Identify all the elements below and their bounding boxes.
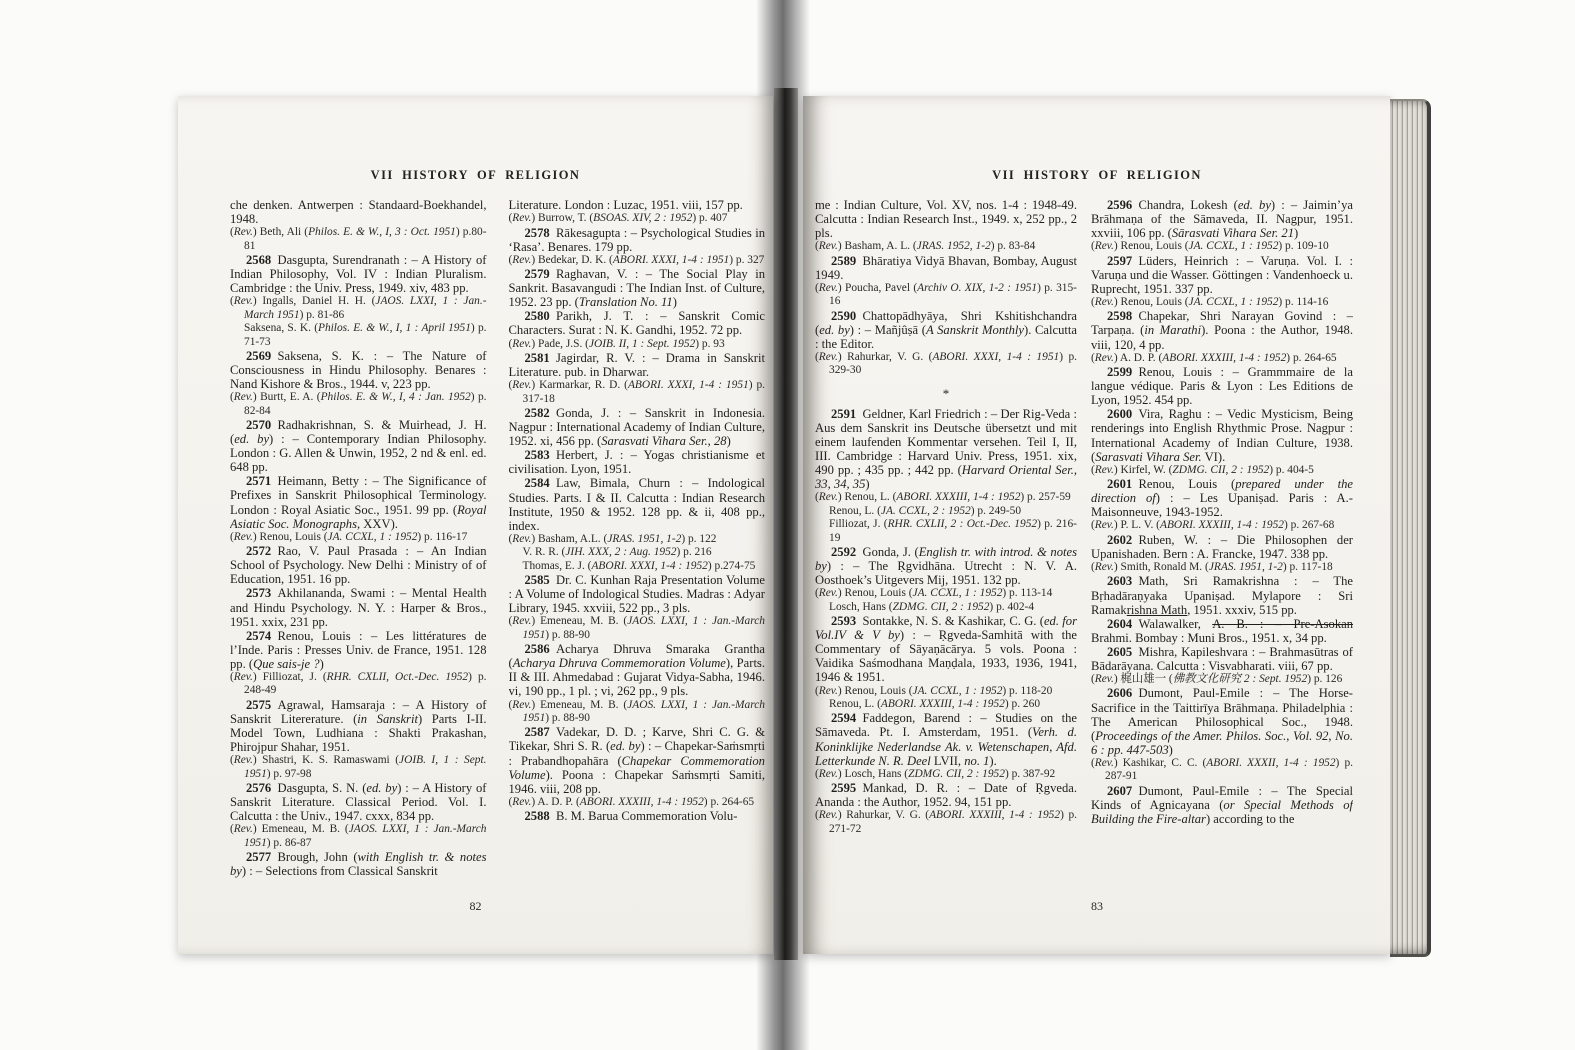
review-citation: (Rev.) Renou, L. (ABORI. XXXIII, 1-4 : 1… [815, 491, 1077, 504]
bib-entry: 2578 Rākesagupta : – Psychological Studi… [509, 226, 766, 254]
review-citation-sub: Renou, L. (JA. CCXL, 2 : 1952) p. 249-50 [815, 505, 1077, 518]
page-number: 83 [803, 899, 1391, 914]
bib-entry: 2607 Dumont, Paul-Emile : – The Special … [1091, 784, 1353, 826]
right-page: VII HISTORY OF RELIGION me : Indian Cult… [803, 96, 1391, 954]
bib-entry: 2586 Acharya Dhruva Smaraka Grantha (Ach… [509, 642, 766, 698]
left-page: VII HISTORY OF RELIGION che denken. Antw… [178, 96, 773, 954]
entry-number: 2606 [1107, 686, 1132, 700]
review-citation: (Rev.) Burtt, E. A. (Philos. E. & W., I,… [230, 391, 487, 418]
review-citation: (Rev.) Losch, Hans (ZDMG. CII, 2 : 1952)… [815, 768, 1077, 781]
entry-number: 2585 [525, 573, 550, 587]
entry-number: 2577 [246, 850, 271, 864]
review-citation: (Rev.) Rahurkar, V. G. (ABORI. XXXIII, 1… [815, 809, 1077, 836]
text-column: 2596 Chandra, Lokesh (ed. by) : – Jaimin… [1091, 198, 1353, 912]
bib-entry: 2592 Gonda, J. (English tr. with introd.… [815, 545, 1077, 587]
bib-entry: 2573 Akhilananda, Swami : – Mental Healt… [230, 586, 487, 628]
review-citation: (Rev.) Shastri, K. S. Ramaswami (JOIB. I… [230, 754, 487, 781]
bib-entry: 2606 Dumont, Paul-Emile : – The Horse-Sa… [1091, 686, 1353, 756]
review-citation: (Rev.) Ingalls, Daniel H. H. (JAOS. LXXI… [230, 295, 487, 322]
bib-entry: 2596 Chandra, Lokesh (ed. by) : – Jaimin… [1091, 198, 1353, 240]
entry-number: 2582 [525, 406, 550, 420]
entry-number: 2583 [525, 448, 550, 462]
entry-continuation: me : Indian Culture, Vol. XV, nos. 1-4 :… [815, 198, 1077, 240]
entry-number: 2594 [831, 711, 856, 725]
bib-entry: 2572 Rao, V. Paul Prasada : – An Indian … [230, 544, 487, 586]
bib-entry: 2575 Agrawal, Hamsaraja : – A History of… [230, 698, 487, 754]
review-citation: (Rev.) Beth, Ali (Philos. E. & W., I, 3 … [230, 226, 487, 253]
bib-entry: 2588 B. M. Barua Commemoration Volu- [509, 809, 766, 823]
review-citation: (Rev.) Renou, Louis (JA. CCXL, 1 : 1952)… [1091, 296, 1353, 309]
entry-number: 2593 [831, 614, 856, 628]
entry-number: 2595 [831, 781, 856, 795]
bib-entry: 2580 Parikh, J. T. : – Sanskrit Comic Ch… [509, 309, 766, 337]
entry-number: 2581 [525, 351, 550, 365]
bib-entry: 2601 Renou, Louis (prepared under the di… [1091, 477, 1353, 519]
entry-number: 2580 [525, 309, 550, 323]
bib-entry: 2576 Dasgupta, S. N. (ed. by) : – A Hist… [230, 781, 487, 823]
text-column: me : Indian Culture, Vol. XV, nos. 1-4 :… [815, 198, 1077, 912]
entry-number: 2600 [1107, 407, 1132, 421]
review-citation-sub: V. R. R. (JIH. XXX, 2 : Aug. 1952) p. 21… [509, 546, 766, 559]
review-citation: (Rev.) Kashikar, C. C. (ABORI. XXXII, 1-… [1091, 757, 1353, 784]
entry-number: 2570 [246, 418, 271, 432]
bib-entry: 2604 Walawalker, A. B. : – Pre-Asokan Br… [1091, 617, 1353, 645]
bib-entry: 2597 Lüders, Heinrich : – Varuṇa. Vol. I… [1091, 254, 1353, 296]
review-citation: (Rev.) Basham, A.L. (JRAS. 1951, 1-2) p.… [509, 533, 766, 546]
bib-entry: 2599 Renou, Louis : – Grammmaire de la l… [1091, 365, 1353, 407]
review-citation-sub: Filliozat, J. (RHR. CXLII, 2 : Oct.-Dec.… [815, 518, 1077, 545]
entry-number: 2572 [246, 544, 271, 558]
review-citation-sub: Thomas, E. J. (ABORI. XXXI, 1-4 : 1952) … [509, 560, 766, 573]
entry-number: 2596 [1107, 198, 1132, 212]
entry-number: 2602 [1107, 533, 1132, 547]
review-citation: (Rev.) Emeneau, M. B. (JAOS. LXXI, 1 : J… [230, 823, 487, 850]
bib-entry: 2584 Law, Bimala, Churn : – Indological … [509, 476, 766, 532]
entry-number: 2592 [831, 545, 856, 559]
text-columns: me : Indian Culture, Vol. XV, nos. 1-4 :… [803, 198, 1391, 912]
entry-number: 2573 [246, 586, 271, 600]
bib-entry: 2589 Bhāratiya Vidyā Bhavan, Bombay, Aug… [815, 254, 1077, 282]
entry-number: 2591 [831, 407, 856, 421]
review-citation: (Rev.) Filliozat, J. (RHR. CXLII, Oct.-D… [230, 671, 487, 698]
entry-number: 2588 [525, 809, 550, 823]
entry-number: 2575 [246, 698, 271, 712]
entry-number: 2590 [831, 309, 856, 323]
page-number: 82 [178, 899, 773, 914]
bib-entry: 2603 Math, Sri Ramakrishna : – The Bṛhad… [1091, 574, 1353, 616]
entry-number: 2574 [246, 629, 271, 643]
bib-entry: 2582 Gonda, J. : – Sanskrit in Indonesia… [509, 406, 766, 448]
review-citation: (Rev.) Smith, Ronald M. (JRAS. 1951, 1-2… [1091, 561, 1353, 574]
review-citation: (Rev.) Renou, Louis (JA. CCXL, 1 : 1952)… [1091, 240, 1353, 253]
review-citation: (Rev.) A. D. P. (ABORI. XXXIII, 1-4 : 19… [1091, 352, 1353, 365]
section-separator: * [815, 387, 1077, 400]
entry-number: 2587 [525, 725, 550, 739]
text-columns: che denken. Antwerpen : Standaard-Boekha… [178, 198, 773, 912]
entry-continuation: Literature. London : Luzac, 1951. viii, … [509, 198, 766, 212]
entry-number: 2604 [1107, 617, 1132, 631]
running-header: VII HISTORY OF RELIGION [178, 96, 773, 183]
review-citation: (Rev.) Basham, A. L. (JRAS. 1952, 1-2) p… [815, 240, 1077, 253]
review-citation: (Rev.) Rahurkar, V. G. (ABORI. XXXI, 1-4… [815, 351, 1077, 378]
bib-entry: 2574 Renou, Louis : – Les littératures d… [230, 629, 487, 671]
bib-entry: 2571 Heimann, Betty : – The Significance… [230, 474, 487, 530]
entry-number: 2586 [525, 642, 550, 656]
review-citation: (Rev.) 梶山雄一 (佛教文化研究 2 : Sept. 1952) p. 1… [1091, 673, 1353, 686]
review-citation: (Rev.) Renou, Louis (JA. CCXL, 1 : 1952)… [815, 587, 1077, 600]
review-citation: (Rev.) Burrow, T. (BSOAS. XIV, 2 : 1952)… [509, 212, 766, 225]
entry-number: 2605 [1107, 645, 1132, 659]
entry-number: 2607 [1107, 784, 1132, 798]
bib-entry: 2598 Chapekar, Shri Narayan Govind : – T… [1091, 309, 1353, 351]
review-citation: (Rev.) Karmarkar, R. D. (ABORI. XXXI, 1-… [509, 379, 766, 406]
bib-entry: 2568 Dasgupta, Surendranath : – A Histor… [230, 253, 487, 295]
bib-entry: 2577 Brough, John (with English tr. & no… [230, 850, 487, 878]
entry-number: 2576 [246, 781, 271, 795]
review-citation: (Rev.) P. L. V. (ABORI. XXXIII, 1-4 : 19… [1091, 519, 1353, 532]
bib-entry: 2590 Chattopādhyāya, Shri Kshitishchandr… [815, 309, 1077, 351]
entry-number: 2579 [525, 267, 550, 281]
entry-number: 2601 [1107, 477, 1132, 491]
bib-entry: 2579 Raghavan, V. : – The Social Play in… [509, 267, 766, 309]
review-citation: (Rev.) Poucha, Pavel (Archiv O. XIX, 1-2… [815, 282, 1077, 309]
page-edges [1390, 99, 1431, 957]
bib-entry: 2595 Mankad, D. R. : – Date of Ṛgveda. A… [815, 781, 1077, 809]
bib-entry: 2602 Ruben, W. : – Die Philosophen der U… [1091, 533, 1353, 561]
bib-entry: 2594 Faddegon, Barend : – Studies on the… [815, 711, 1077, 767]
bib-entry: 2581 Jagirdar, R. V. : – Drama in Sanskr… [509, 351, 766, 379]
review-citation: (Rev.) Pade, J.S. (JOIB. II, 1 : Sept. 1… [509, 338, 766, 351]
bib-entry: 2569 Saksena, S. K. : – The Nature of Co… [230, 349, 487, 391]
entry-continuation: che denken. Antwerpen : Standaard-Boekha… [230, 198, 487, 226]
review-citation: (Rev.) Bedekar, D. K. (ABORI. XXXI, 1-4 … [509, 254, 766, 267]
entry-number: 2584 [525, 476, 550, 490]
review-citation: (Rev.) Kirfel, W. (ZDMG. CII, 2 : 1952) … [1091, 464, 1353, 477]
running-header: VII HISTORY OF RELIGION [803, 96, 1391, 183]
bib-entry: 2583 Herbert, J. : – Yogas christianisme… [509, 448, 766, 476]
review-citation-sub: Renou, L. (ABORI. XXXIII, 1-4 : 1952) p.… [815, 698, 1077, 711]
bib-entry: 2600 Vira, Raghu : – Vedic Mysticism, Be… [1091, 407, 1353, 463]
review-citation: (Rev.) A. D. P. (ABORI. XXXIII, 1-4 : 19… [509, 796, 766, 809]
bib-entry: 2605 Mishra, Kapileshvara : – Brahmasūtr… [1091, 645, 1353, 673]
bib-entry: 2593 Sontakke, N. S. & Kashikar, C. G. (… [815, 614, 1077, 684]
bib-entry: 2570 Radhakrishnan, S. & Muirhead, J. H.… [230, 418, 487, 474]
entry-number: 2578 [525, 226, 550, 240]
review-citation-sub: Saksena, S. K. (Philos. E. & W., I, 1 : … [230, 322, 487, 349]
review-citation: (Rev.) Emeneau, M. B. (JAOS. LXXI, 1 : J… [509, 615, 766, 642]
entry-number: 2597 [1107, 254, 1132, 268]
entry-number: 2598 [1107, 309, 1132, 323]
entry-number: 2599 [1107, 365, 1132, 379]
entry-number: 2568 [246, 253, 271, 267]
bib-entry: 2591 Geldner, Karl Friedrich : – Der Rig… [815, 407, 1077, 492]
text-column: che denken. Antwerpen : Standaard-Boekha… [230, 198, 487, 912]
review-citation-sub: Losch, Hans (ZDMG. CII, 2 : 1952) p. 402… [815, 601, 1077, 614]
entry-number: 2569 [246, 349, 271, 363]
review-citation: (Rev.) Emeneau, M. B. (JAOS. LXXI, 1 : J… [509, 699, 766, 726]
bib-entry: 2585 Dr. C. Kunhan Raja Presentation Vol… [509, 573, 766, 615]
text-column: Literature. London : Luzac, 1951. viii, … [509, 198, 766, 912]
entry-number: 2603 [1107, 574, 1132, 588]
review-citation: (Rev.) Renou, Louis (JA. CCXL, 1 : 1952)… [815, 685, 1077, 698]
entry-number: 2571 [246, 474, 271, 488]
review-citation: (Rev.) Renou, Louis (JA. CCXL, 1 : 1952)… [230, 531, 487, 544]
entry-number: 2589 [831, 254, 856, 268]
bib-entry: 2587 Vadekar, D. D. ; Karve, Shri C. G. … [509, 725, 766, 795]
gutter-shadow [774, 88, 798, 960]
